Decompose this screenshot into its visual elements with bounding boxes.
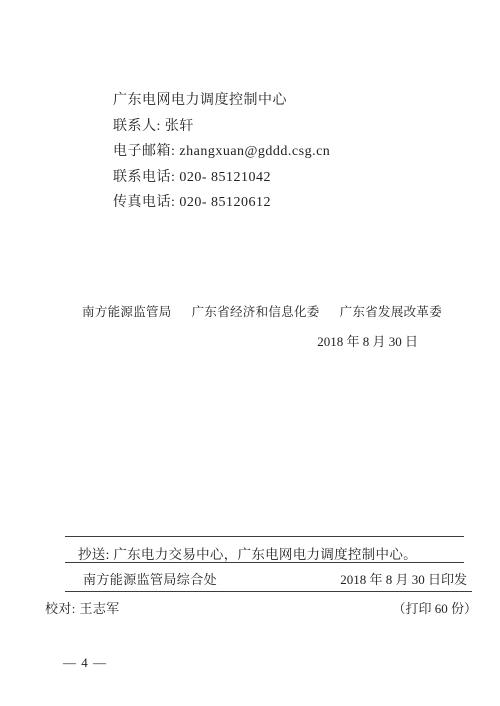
contact-fax: 传真电话: 020- 85120612 xyxy=(113,190,330,216)
contact-email: 电子邮箱: zhangxuan@gddd.csg.cn xyxy=(113,139,330,165)
document-page: 广东电网电力调度控制中心 联系人: 张轩 电子邮箱: zhangxuan@gdd… xyxy=(0,0,500,706)
print-copies: （打印 60 份） xyxy=(392,598,477,617)
proofreader: 校对: 王志军 xyxy=(45,598,120,617)
colophon-rule-top xyxy=(65,536,464,537)
cc-line: 抄送: 广东电力交易中心，广东电网电力调度控制中心。 xyxy=(78,543,417,563)
agency-southern-energy-regulatory: 南方能源监管局 xyxy=(82,302,172,320)
print-date: 2018 年 8 月 30 日印发 xyxy=(340,569,467,588)
contact-department: 广东电网电力调度控制中心 xyxy=(113,88,330,114)
contact-block: 广东电网电力调度控制中心 联系人: 张轩 电子邮箱: zhangxuan@gdd… xyxy=(113,88,330,216)
colophon-rule-bottom xyxy=(65,591,472,592)
agency-gd-economy-information-commission: 广东省经济和信息化委 xyxy=(192,302,320,320)
signature-date: 2018 年 8 月 30 日 xyxy=(317,331,418,350)
agency-gd-development-reform-commission: 广东省发展改革委 xyxy=(340,302,442,320)
signature-agencies: 南方能源监管局 广东省经济和信息化委 广东省发展改革委 xyxy=(82,302,442,320)
contact-person: 联系人: 张轩 xyxy=(113,114,330,140)
contact-phone: 联系电话: 020- 85121042 xyxy=(113,165,330,191)
colophon-rule-middle xyxy=(65,562,464,563)
issuing-office: 南方能源监管局综合处 xyxy=(83,569,217,588)
page-number: — 4 — xyxy=(63,655,107,671)
